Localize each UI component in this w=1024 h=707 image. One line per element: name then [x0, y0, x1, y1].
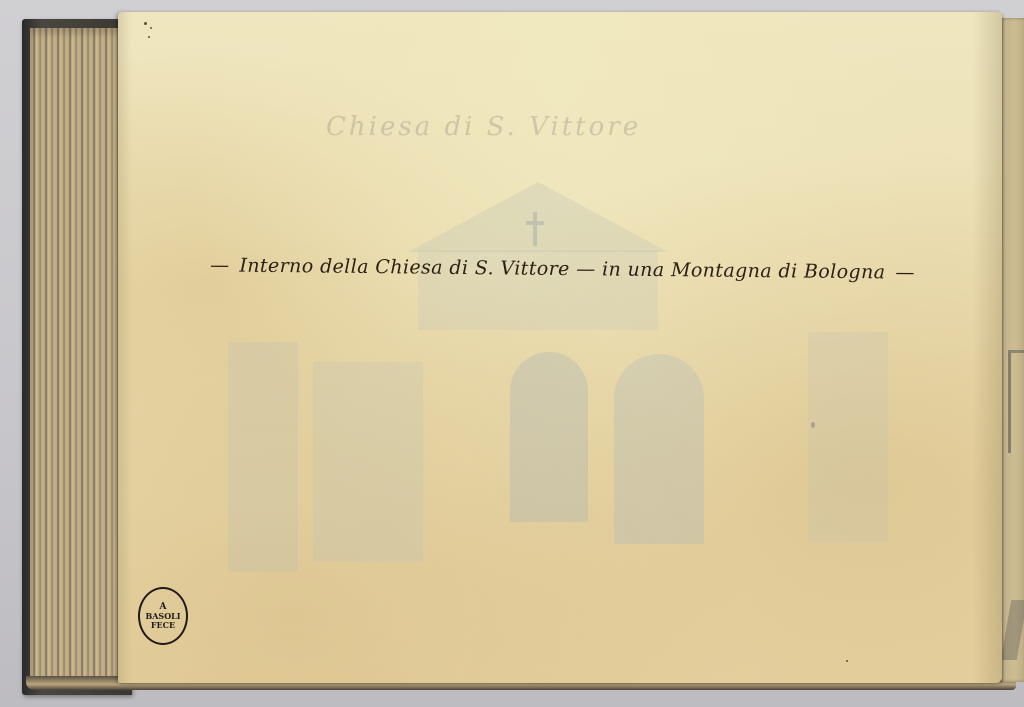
caption-text: Interno della Chiesa di S. Vittore — in …: [239, 255, 885, 284]
ghost-cross-icon: [526, 212, 544, 246]
page-stack-edges: [30, 28, 130, 688]
caption-lead-dash: —: [210, 254, 230, 276]
sketchbook-page: Chiesa di S. Vittore —Interno della Chie…: [118, 12, 1002, 683]
handwritten-caption: —Interno della Chiesa di S. Vittore — in…: [200, 254, 925, 284]
ink-speck: [148, 36, 150, 38]
ink-speck: [811, 422, 815, 428]
ink-speck: [144, 22, 147, 25]
stamp-line-3: FECE: [151, 621, 175, 629]
ghost-arch-shape: [510, 352, 588, 522]
book-scene: Chiesa di S. Vittore —Interno della Chie…: [0, 0, 1024, 707]
ghost-arch-shape: [614, 354, 704, 544]
collector-stamp: A BASOLI FECE: [138, 587, 188, 645]
facing-page-sketch-fragment: [1008, 350, 1024, 453]
ink-speck: [150, 27, 152, 29]
ink-speck: [846, 660, 848, 662]
ghost-wall-shape: [808, 332, 888, 542]
caption-trail-dash: —: [895, 261, 915, 283]
ghost-caption-text: Chiesa di S. Vittore: [326, 112, 641, 142]
ghost-wall-shape: [313, 362, 423, 562]
ghost-wall-shape: [228, 342, 298, 572]
